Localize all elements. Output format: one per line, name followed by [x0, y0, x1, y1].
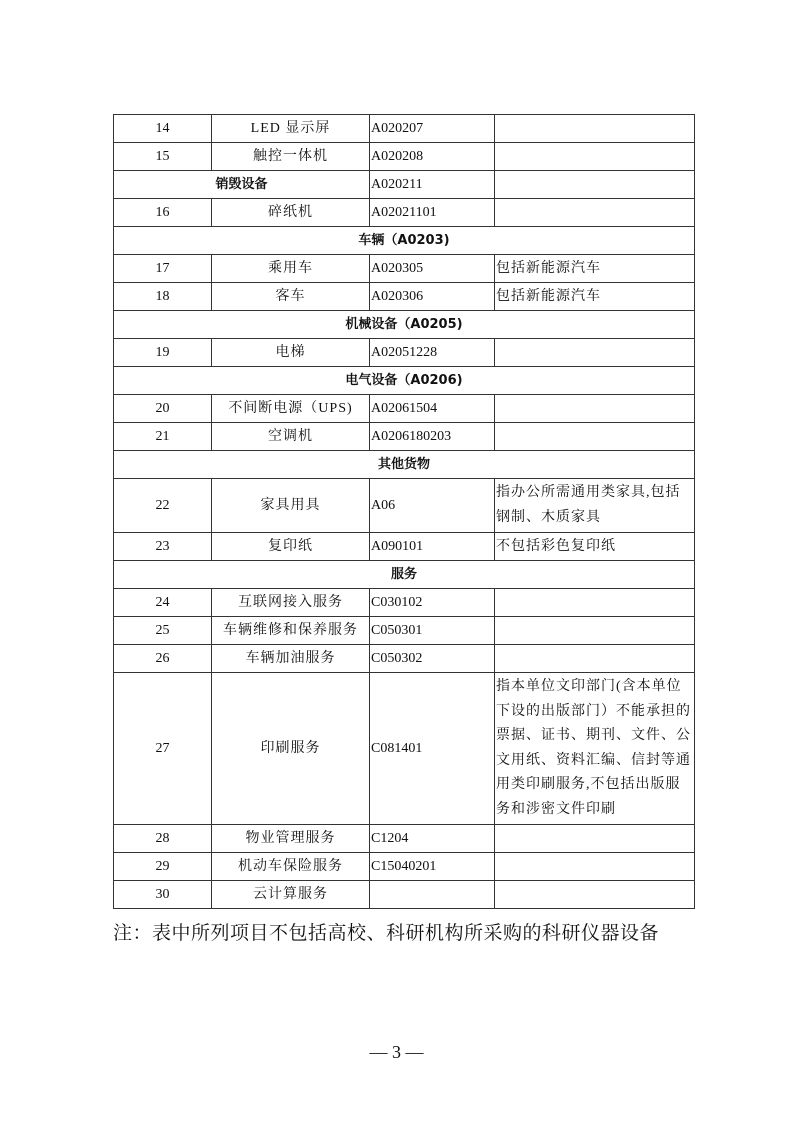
- item-name: 互联网接入服务: [212, 589, 370, 617]
- item-name: 碎纸机: [212, 199, 370, 227]
- table-row: 17 乘用车 A020305 包括新能源汽车: [114, 255, 695, 283]
- item-code: A02051228: [370, 339, 495, 367]
- item-number: 22: [114, 479, 212, 533]
- item-number: 20: [114, 395, 212, 423]
- item-name: 印刷服务: [212, 673, 370, 825]
- item-note: [495, 881, 695, 909]
- table-row: 16 碎纸机 A02021101: [114, 199, 695, 227]
- table-row: 26 车辆加油服务 C050302: [114, 645, 695, 673]
- section-row: 机械设备（A0205): [114, 311, 695, 339]
- section-heading: 机械设备（A0205): [114, 311, 695, 339]
- item-name: 物业管理服务: [212, 825, 370, 853]
- item-note: [495, 115, 695, 143]
- item-name: 车辆加油服务: [212, 645, 370, 673]
- item-note: [495, 589, 695, 617]
- item-note: [495, 825, 695, 853]
- table-row: 19 电梯 A02051228: [114, 339, 695, 367]
- table-row: 14 LED 显示屏 A020207: [114, 115, 695, 143]
- item-name: 机动车保险服务: [212, 853, 370, 881]
- item-note: [495, 339, 695, 367]
- item-note: [495, 171, 695, 199]
- item-name: LED 显示屏: [212, 115, 370, 143]
- item-code: C1204: [370, 825, 495, 853]
- section-row: 服务: [114, 561, 695, 589]
- item-note: 不包括彩色复印纸: [495, 533, 695, 561]
- item-name: 空调机: [212, 423, 370, 451]
- item-number: 18: [114, 283, 212, 311]
- item-number: 16: [114, 199, 212, 227]
- item-number: 14: [114, 115, 212, 143]
- item-code: A020207: [370, 115, 495, 143]
- item-name: 家具用具: [212, 479, 370, 533]
- item-note: [495, 199, 695, 227]
- item-code: C030102: [370, 589, 495, 617]
- item-code: C050301: [370, 617, 495, 645]
- item-number: 29: [114, 853, 212, 881]
- item-note: 指办公所需通用类家具,包括钢制、木质家具: [495, 479, 695, 533]
- section-heading: 服务: [114, 561, 695, 589]
- item-name: 触控一体机: [212, 143, 370, 171]
- item-note: [495, 645, 695, 673]
- table-row: 18 客车 A020306 包括新能源汽车: [114, 283, 695, 311]
- table-row: 24 互联网接入服务 C030102: [114, 589, 695, 617]
- item-code: A02021101: [370, 199, 495, 227]
- item-code: A020208: [370, 143, 495, 171]
- item-number: 26: [114, 645, 212, 673]
- item-code: C15040201: [370, 853, 495, 881]
- item-name: 云计算服务: [212, 881, 370, 909]
- item-note: [495, 395, 695, 423]
- item-code: C081401: [370, 673, 495, 825]
- item-code: A020305: [370, 255, 495, 283]
- table-row: 30 云计算服务: [114, 881, 695, 909]
- item-code: A090101: [370, 533, 495, 561]
- item-code: [370, 881, 495, 909]
- table-row: 27 印刷服务 C081401 指本单位文印部门(含本单位下设的出版部门）不能承…: [114, 673, 695, 825]
- item-name: 不间断电源（UPS): [212, 395, 370, 423]
- subsection-row: 销毁设备 A020211: [114, 171, 695, 199]
- item-code: A020306: [370, 283, 495, 311]
- subsection-code: A020211: [370, 171, 495, 199]
- item-number: 28: [114, 825, 212, 853]
- table-row: 21 空调机 A0206180203: [114, 423, 695, 451]
- item-number: 27: [114, 673, 212, 825]
- page-number: — 3 —: [0, 1042, 793, 1063]
- item-note: 包括新能源汽车: [495, 283, 695, 311]
- procurement-items-table: 14 LED 显示屏 A020207 15 触控一体机 A020208 销毁设备…: [113, 114, 695, 909]
- table-row: 20 不间断电源（UPS) A02061504: [114, 395, 695, 423]
- item-code: A02061504: [370, 395, 495, 423]
- item-name: 乘用车: [212, 255, 370, 283]
- subsection-label: 销毁设备: [114, 171, 370, 199]
- table-row: 15 触控一体机 A020208: [114, 143, 695, 171]
- section-row: 其他货物: [114, 451, 695, 479]
- table-row: 29 机动车保险服务 C15040201: [114, 853, 695, 881]
- item-number: 30: [114, 881, 212, 909]
- item-number: 24: [114, 589, 212, 617]
- item-name: 客车: [212, 283, 370, 311]
- item-code: A06: [370, 479, 495, 533]
- table-row: 23 复印纸 A090101 不包括彩色复印纸: [114, 533, 695, 561]
- section-row: 电气设备（A0206): [114, 367, 695, 395]
- item-number: 25: [114, 617, 212, 645]
- item-note: [495, 617, 695, 645]
- table-footnote: 注：表中所列项目不包括高校、科研机构所采购的科研仪器设备: [113, 918, 659, 945]
- item-number: 17: [114, 255, 212, 283]
- table-row: 25 车辆维修和保养服务 C050301: [114, 617, 695, 645]
- section-heading: 其他货物: [114, 451, 695, 479]
- item-number: 19: [114, 339, 212, 367]
- item-name: 复印纸: [212, 533, 370, 561]
- section-row: 车辆（A0203): [114, 227, 695, 255]
- item-number: 21: [114, 423, 212, 451]
- item-code: A0206180203: [370, 423, 495, 451]
- item-note: 包括新能源汽车: [495, 255, 695, 283]
- item-number: 15: [114, 143, 212, 171]
- item-number: 23: [114, 533, 212, 561]
- item-name: 车辆维修和保养服务: [212, 617, 370, 645]
- table-row: 22 家具用具 A06 指办公所需通用类家具,包括钢制、木质家具: [114, 479, 695, 533]
- item-note: [495, 143, 695, 171]
- item-note: 指本单位文印部门(含本单位下设的出版部门）不能承担的票据、证书、期刊、文件、公文…: [495, 673, 695, 825]
- section-heading: 车辆（A0203): [114, 227, 695, 255]
- item-note: [495, 423, 695, 451]
- section-heading: 电气设备（A0206): [114, 367, 695, 395]
- item-note: [495, 853, 695, 881]
- item-name: 电梯: [212, 339, 370, 367]
- item-code: C050302: [370, 645, 495, 673]
- table-row: 28 物业管理服务 C1204: [114, 825, 695, 853]
